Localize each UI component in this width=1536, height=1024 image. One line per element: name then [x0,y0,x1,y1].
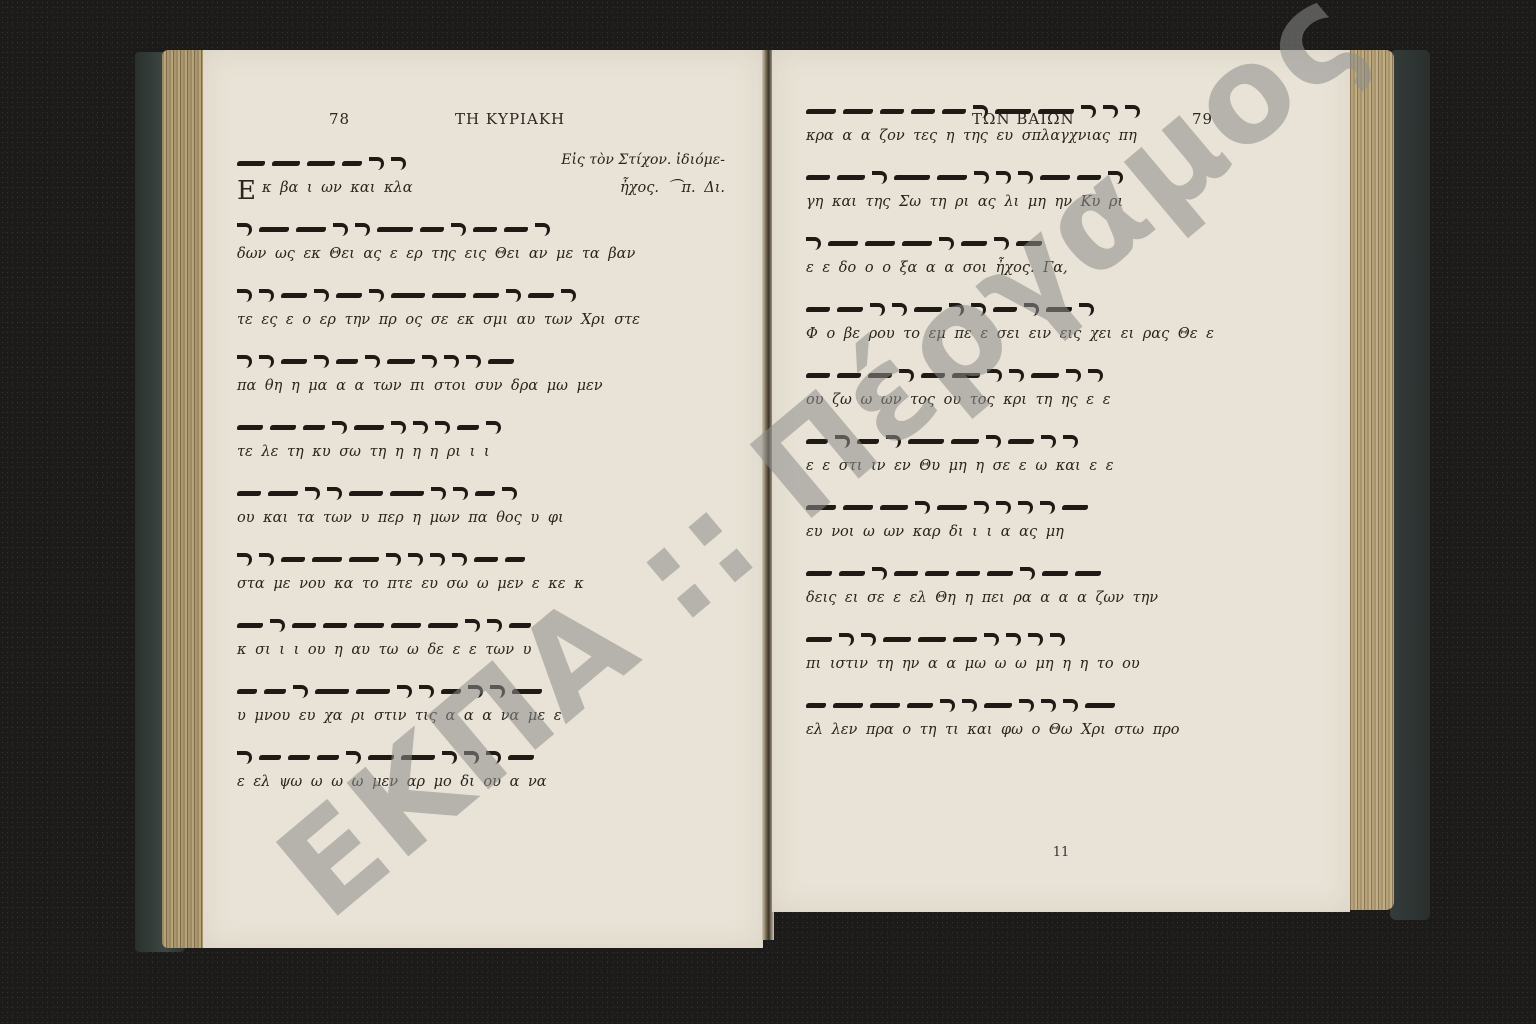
lyric-line: κρα α α ζον τες η της ευ σπλαγχνιας πη [806,124,1312,164]
left-page-edges [162,50,204,948]
lyric-line: ε ε δο ο ο ξα α α σοι ἦχος. Γα, [806,256,1312,296]
right-page: ΤΩΝ ΒΑΙΩΝ 79 κρα α α ζον τες η της ευ σπ… [772,50,1350,912]
right-page-edges [1346,50,1394,910]
left-music-text: Ε κ βα ι ων και κλα ἦχος. ⏜ᴨ. Δι. Εἰς τὸ… [203,150,763,810]
drop-initial: Ε [237,180,256,202]
lyric-line: δων ως εκ Θει ας ε ερ της εις Θει αν με … [237,242,725,282]
rubric-heading: Εἰς τὸν Στίχον. ἰδιόμε- [561,152,725,168]
lyric-line: ε ελ ψω ω ω ω μεν αρ μο δι ου α να [237,770,725,810]
lyric-line: ε ε στι ιν εν Θυ μη η σε ε ω και ε ε [806,454,1312,494]
lyric-line: Φ ο βε ρου το εμ πε ε σει ειν εις χει ει… [806,322,1312,362]
lyric-line: ου και τα των υ περ η μων πα θος υ φι [237,506,725,546]
lyric-line: πι ιστιν τη ην α α μω ω ω μη η η το ου [806,652,1312,692]
page-number-left: 78 [329,110,350,128]
left-page: 78 ΤΗ ΚΥΡΙΑΚΗ Ε κ βα ι ων και κλα ἦχος. … [203,50,763,948]
right-cover-board [1390,50,1430,920]
lyric-line: ελ λεν πρα ο τη τι και φω ο Θω Χρι στω π… [806,718,1312,758]
rubric: ἦχος. ⏜ᴨ. Δι. [620,180,725,196]
lyric-line: τε ες ε ο ερ την πρ ος σε εκ σμι αυ των … [237,308,725,348]
right-music-text: κρα α α ζον τες η της ευ σπλαγχνιας πη γ… [772,98,1350,758]
open-book: 78 ΤΗ ΚΥΡΙΑΚΗ Ε κ βα ι ων και κλα ἦχος. … [0,0,1536,1024]
lyric-line: Ε κ βα ι ων και κλα ἦχος. ⏜ᴨ. Δι. [237,176,725,216]
lyric-line: πα θη η μα α α των πι στοι συν δρα μω με… [237,374,725,414]
running-head-left: ΤΗ ΚΥΡΙΑΚΗ [455,110,565,128]
lyric-line: κ σι ι ι ου η αυ τω ω δε ε ε των υ [237,638,725,678]
lyric-line: τε λε τη κυ σω τη η η η ρι ι ι [237,440,725,480]
lyric-line: ευ νοι ω ων καρ δι ι ι α ας μη [806,520,1312,560]
signature-mark: 11 [772,845,1350,860]
lyric-line: γη και της Σω τη ρι ας λι μη ην Κυ ρι [806,190,1312,230]
lyric-line: στα με νου κα το πτε ευ σω ω μεν ε κε κ [237,572,725,612]
lyric-line: ου ζω ω ων τος ου τος κρι τη ης ε ε [806,388,1312,428]
lyric-line: υ μνου ευ χα ρι στιν τις α α α να με ε [237,704,725,744]
lyric-line: δεις ει σε ε ελ Θη η πει ρα α α α ζων τη… [806,586,1312,626]
